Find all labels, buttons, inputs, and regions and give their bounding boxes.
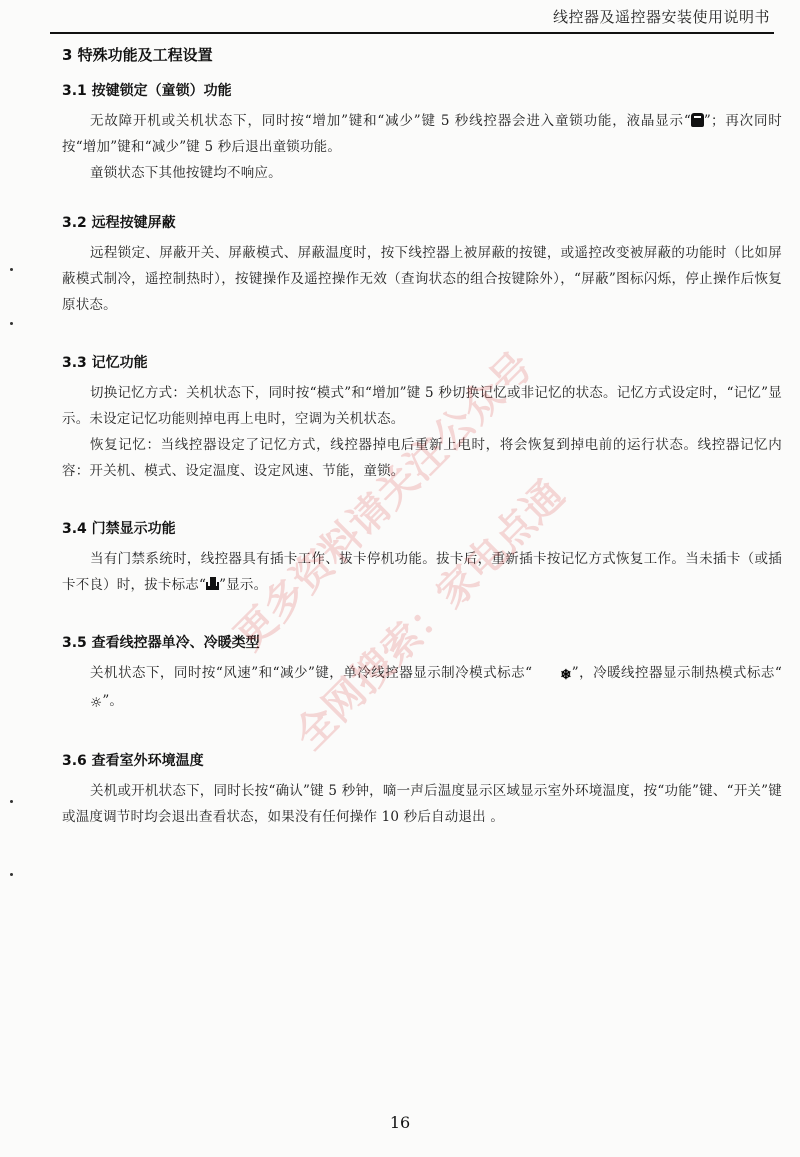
sun-icon: ☼ [62, 690, 102, 716]
paragraph: 童锁状态下其他按键均不响应。 [62, 160, 782, 186]
paragraph: 当有门禁系统时，线控器具有插卡工作、拔卡停机功能。拔卡后，重新插卡按记忆方式恢复… [62, 546, 782, 598]
text-span: ”。 [102, 693, 123, 709]
section-title: 3.4 门禁显示功能 [62, 518, 782, 538]
paragraph: 无故障开机或关机状态下，同时按“增加”键和“减少”键 5 秒线控器会进入童锁功能… [62, 108, 782, 160]
section-outdoor-temperature: 3.6 查看室外环境温度 关机或开机状态下，同时长按“确认”键 5 秒钟，嘀一声… [62, 750, 782, 830]
section-title: 3.5 查看线控器单冷、冷暖类型 [62, 632, 782, 652]
section-memory-function: 3.3 记忆功能 切换记忆方式：关机状态下，同时按“模式”和“增加”键 5 秒切… [62, 352, 782, 484]
paragraph: 切换记忆方式：关机状态下，同时按“模式”和“增加”键 5 秒切换记忆或非记忆的状… [62, 380, 782, 432]
section-controller-type: 3.5 查看线控器单冷、冷暖类型 关机状态下，同时按“风速”和“减少”键，单冷线… [62, 632, 782, 716]
section-title: 3.2 远程按键屏蔽 [62, 212, 782, 232]
document-body: 3 特殊功能及工程设置 3.1 按键锁定（童锁）功能 无故障开机或关机状态下，同… [62, 44, 782, 830]
text-span: ”，冷暖线控器显示制热模式标志“ [572, 665, 782, 681]
paragraph: 远程锁定、屏蔽开关、屏蔽模式、屏蔽温度时，按下线控器上被屏蔽的按键，或遥控改变被… [62, 240, 782, 318]
card-removed-icon [206, 577, 219, 590]
section-child-lock: 3.1 按键锁定（童锁）功能 无故障开机或关机状态下，同时按“增加”键和“减少”… [62, 80, 782, 186]
margin-mark [10, 268, 13, 271]
margin-mark [10, 873, 13, 876]
section-title: 3.1 按键锁定（童锁）功能 [62, 80, 782, 100]
document-header-title: 线控器及遥控器安装使用说明书 [553, 6, 770, 27]
chapter-title: 3 特殊功能及工程设置 [62, 44, 782, 65]
lock-icon [691, 113, 704, 127]
section-access-control: 3.4 门禁显示功能 当有门禁系统时，线控器具有插卡工作、拔卡停机功能。拔卡后，… [62, 518, 782, 598]
section-title: 3.6 查看室外环境温度 [62, 750, 782, 770]
paragraph: 恢复记忆：当线控器设定了记忆方式，线控器掉电后重新上电时，将会恢复到掉电前的运行… [62, 432, 782, 484]
paragraph: 关机或开机状态下，同时长按“确认”键 5 秒钟，嘀一声后温度显示区域显示室外环境… [62, 778, 782, 830]
text-span: ”显示。 [219, 577, 267, 593]
snowflake-icon: ❄ [532, 662, 572, 688]
section-title: 3.3 记忆功能 [62, 352, 782, 372]
paragraph: 关机状态下，同时按“风速”和“减少”键，单冷线控器显示制冷模式标志“❄”，冷暖线… [62, 660, 782, 716]
text-span: 无故障开机或关机状态下，同时按“增加”键和“减少”键 5 秒线控器会进入童锁功能… [90, 113, 691, 129]
header-divider [50, 32, 774, 34]
text-span: 关机状态下，同时按“风速”和“减少”键，单冷线控器显示制冷模式标志“ [90, 665, 532, 681]
margin-mark [10, 322, 13, 325]
text-span: 当有门禁系统时，线控器具有插卡工作、拔卡停机功能。拔卡后，重新插卡按记忆方式恢复… [62, 551, 782, 593]
page-number: 16 [0, 1113, 800, 1132]
section-remote-key-shield: 3.2 远程按键屏蔽 远程锁定、屏蔽开关、屏蔽模式、屏蔽温度时，按下线控器上被屏… [62, 212, 782, 318]
margin-mark [10, 800, 13, 803]
